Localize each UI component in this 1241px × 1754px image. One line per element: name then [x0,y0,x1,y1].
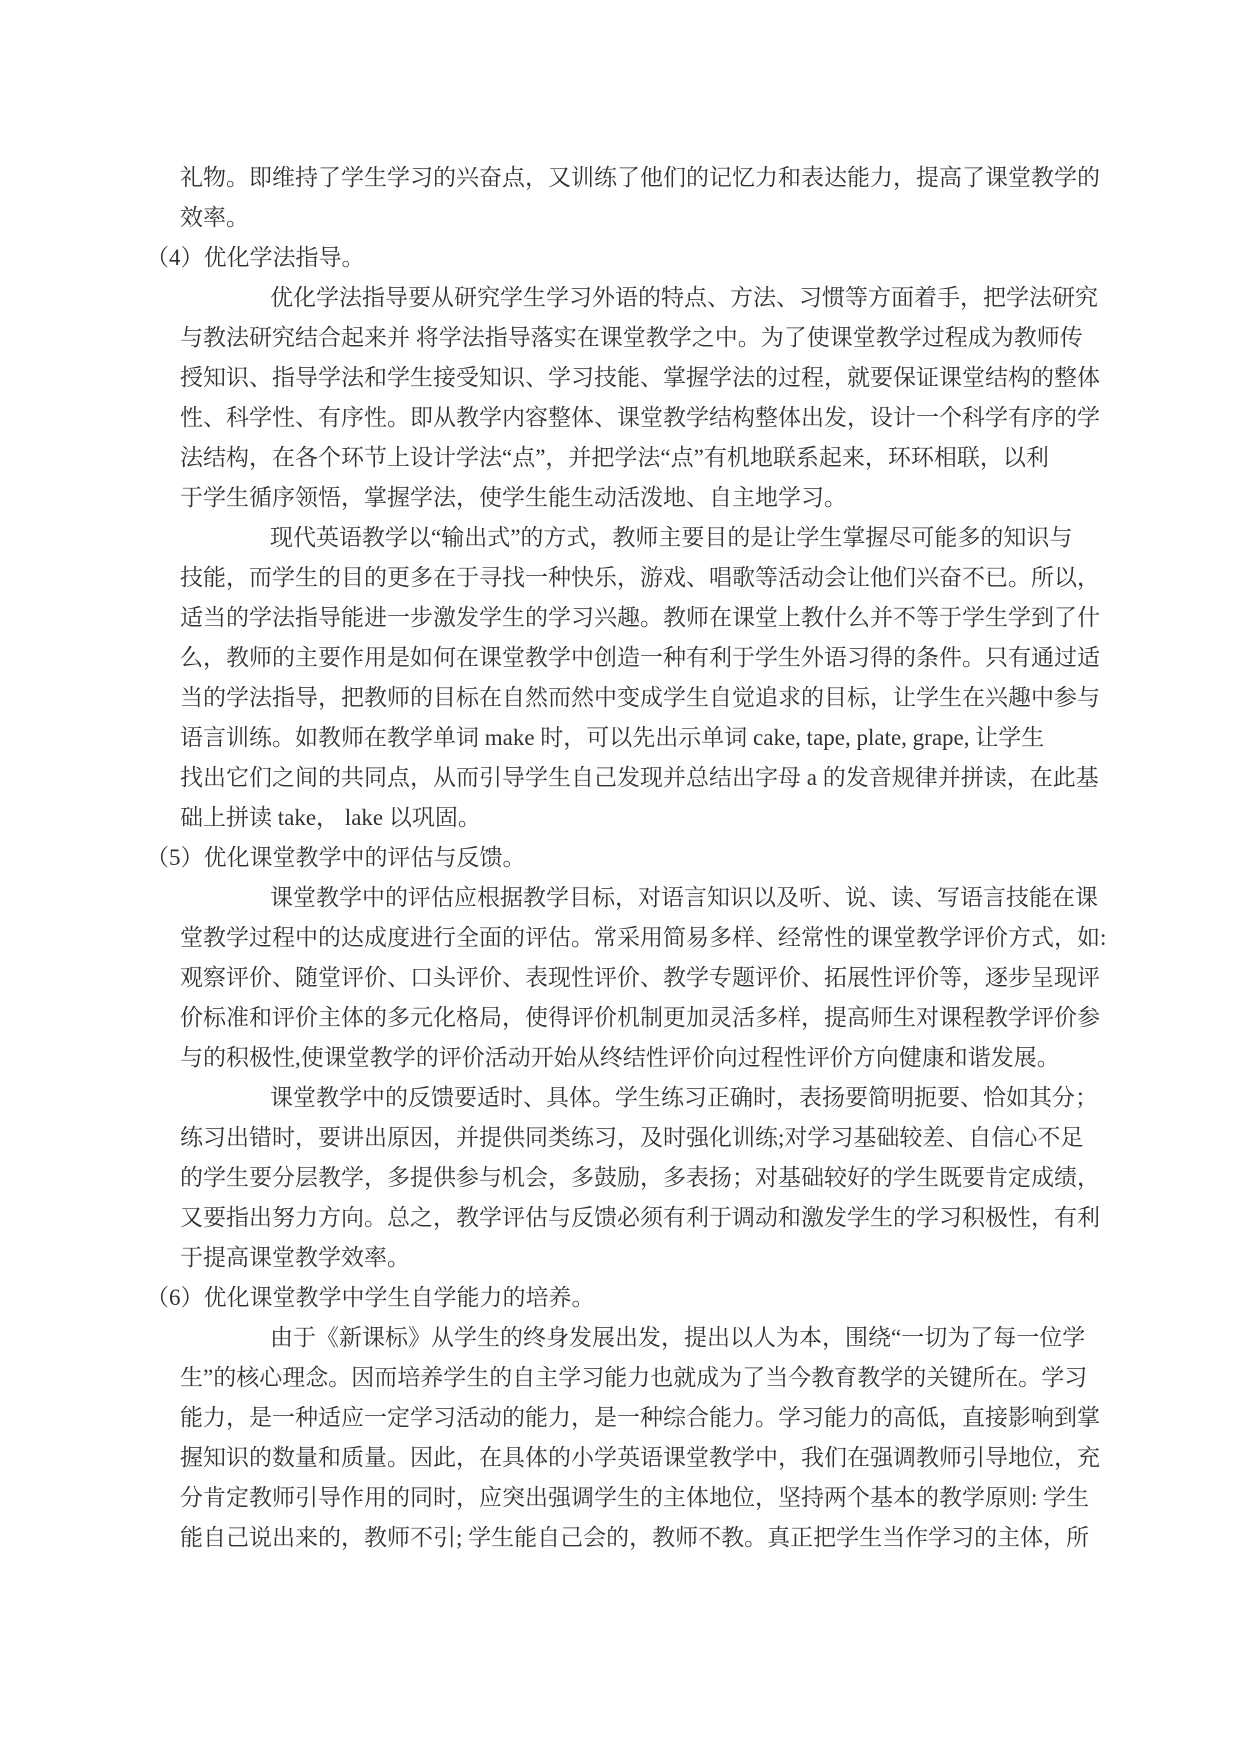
text-line: 效率。 [180,198,1110,238]
text-line: 于提高课堂教学效率。 [180,1238,1110,1278]
text-line: 当的学法指导，把教师的目标在自然而然中变成学生自觉追求的目标，让学生在兴趣中参与 [180,678,1110,718]
text-line: 由于《新课标》从学生的终身发展出发，提出以人为本，围绕“一切为了每一位学 [180,1318,1110,1358]
text-line: 堂教学过程中的达成度进行全面的评估。常采用简易多样、经常性的课堂教学评价方式，如… [180,918,1110,958]
text-line: 么，教师的主要作用是如何在课堂教学中创造一种有利于学生外语习得的条件。只有通过适 [180,638,1110,678]
text-line: 能力，是一种适应一定学习活动的能力，是一种综合能力。学习能力的高低，直接影响到掌 [180,1398,1110,1438]
text-line: 与的积极性,使课堂教学的评价活动开始从终结性评价向过程性评价方向健康和谐发展。 [180,1038,1110,1078]
text-line: 观察评价、随堂评价、口头评价、表现性评价、教学专题评价、拓展性评价等，逐步呈现评 [180,958,1110,998]
text-line: 能自己说出来的，教师不引; 学生能自己会的，教师不教。真正把学生当作学习的主体，… [180,1518,1110,1558]
text-line: 课堂教学中的反馈要适时、具体。学生练习正确时，表扬要简明扼要、恰如其分； [180,1078,1110,1118]
text-line: 又要指出努力方向。总之，教学评估与反馈必须有利于调动和激发学生的学习积极性，有利 [180,1198,1110,1238]
text-line: 找出它们之间的共同点，从而引导学生自己发现并总结出字母 a 的发音规律并拼读，在… [180,758,1110,798]
text-line: 分肯定教师引导作用的同时，应突出强调学生的主体地位，坚持两个基本的教学原则: 学… [180,1478,1110,1518]
text-line: 适当的学法指导能进一步激发学生的学习兴趣。教师在课堂上教什么并不等于学生学到了什 [180,598,1110,638]
text-line: 握知识的数量和质量。因此，在具体的小学英语课堂教学中，我们在强调教师引导地位，充 [180,1438,1110,1478]
document-text-body: 礼物。即维持了学生学习的兴奋点，又训练了他们的记忆力和表达能力，提高了课堂教学的… [180,158,1110,1558]
text-line: 练习出错时，要讲出原因，并提供同类练习，及时强化训练;对学习基础较差、自信心不足 [180,1118,1110,1158]
text-line: 性、科学性、有序性。即从教学内容整体、课堂教学结构整体出发，设计一个科学有序的学 [180,398,1110,438]
text-line: 价标准和评价主体的多元化格局，使得评价机制更加灵活多样，提高师生对课程教学评价参 [180,998,1110,1038]
text-line: 优化学法指导要从研究学生学习外语的特点、方法、习惯等方面着手，把学法研究 [180,278,1110,318]
text-line: 的学生要分层教学，多提供参与机会，多鼓励，多表扬；对基础较好的学生既要肯定成绩， [180,1158,1110,1198]
text-line: 礼物。即维持了学生学习的兴奋点，又训练了他们的记忆力和表达能力，提高了课堂教学的 [180,158,1110,198]
text-line: 技能，而学生的目的更多在于寻找一种快乐，游戏、唱歌等活动会让他们兴奋不已。所以， [180,558,1110,598]
text-line: 课堂教学中的评估应根据教学目标，对语言知识以及听、说、读、写语言技能在课 [180,878,1110,918]
text-line: 与教法研究结合起来并 将学法指导落实在课堂教学之中。为了使课堂教学过程成为教师传 [180,318,1110,358]
text-line: 现代英语教学以“输出式”的方式，教师主要目的是让学生掌握尽可能多的知识与 [180,518,1110,558]
text-line: 法结构，在各个环节上设计学法“点”，并把学法“点”有机地联系起来，环环相联，以利 [180,438,1110,478]
document-page: 礼物。即维持了学生学习的兴奋点，又训练了他们的记忆力和表达能力，提高了课堂教学的… [0,0,1241,1754]
text-line: 础上拼读 take， lake 以巩固。 [180,798,1110,838]
text-line: （5）优化课堂教学中的评估与反馈。 [146,838,1110,878]
text-line: 授知识、指导学法和学生接受知识、学习技能、掌握学法的过程，就要保证课堂结构的整体 [180,358,1110,398]
text-line: 语言训练。如教师在教学单词 make 时，可以先出示单词 cake, tape,… [180,718,1110,758]
text-line: （4）优化学法指导。 [146,238,1110,278]
text-line: （6）优化课堂教学中学生自学能力的培养。 [146,1278,1110,1318]
text-line: 于学生循序领悟，掌握学法，使学生能生动活泼地、自主地学习。 [180,478,1110,518]
text-line: 生”的核心理念。因而培养学生的自主学习能力也就成为了当今教育教学的关键所在。学习 [180,1358,1110,1398]
